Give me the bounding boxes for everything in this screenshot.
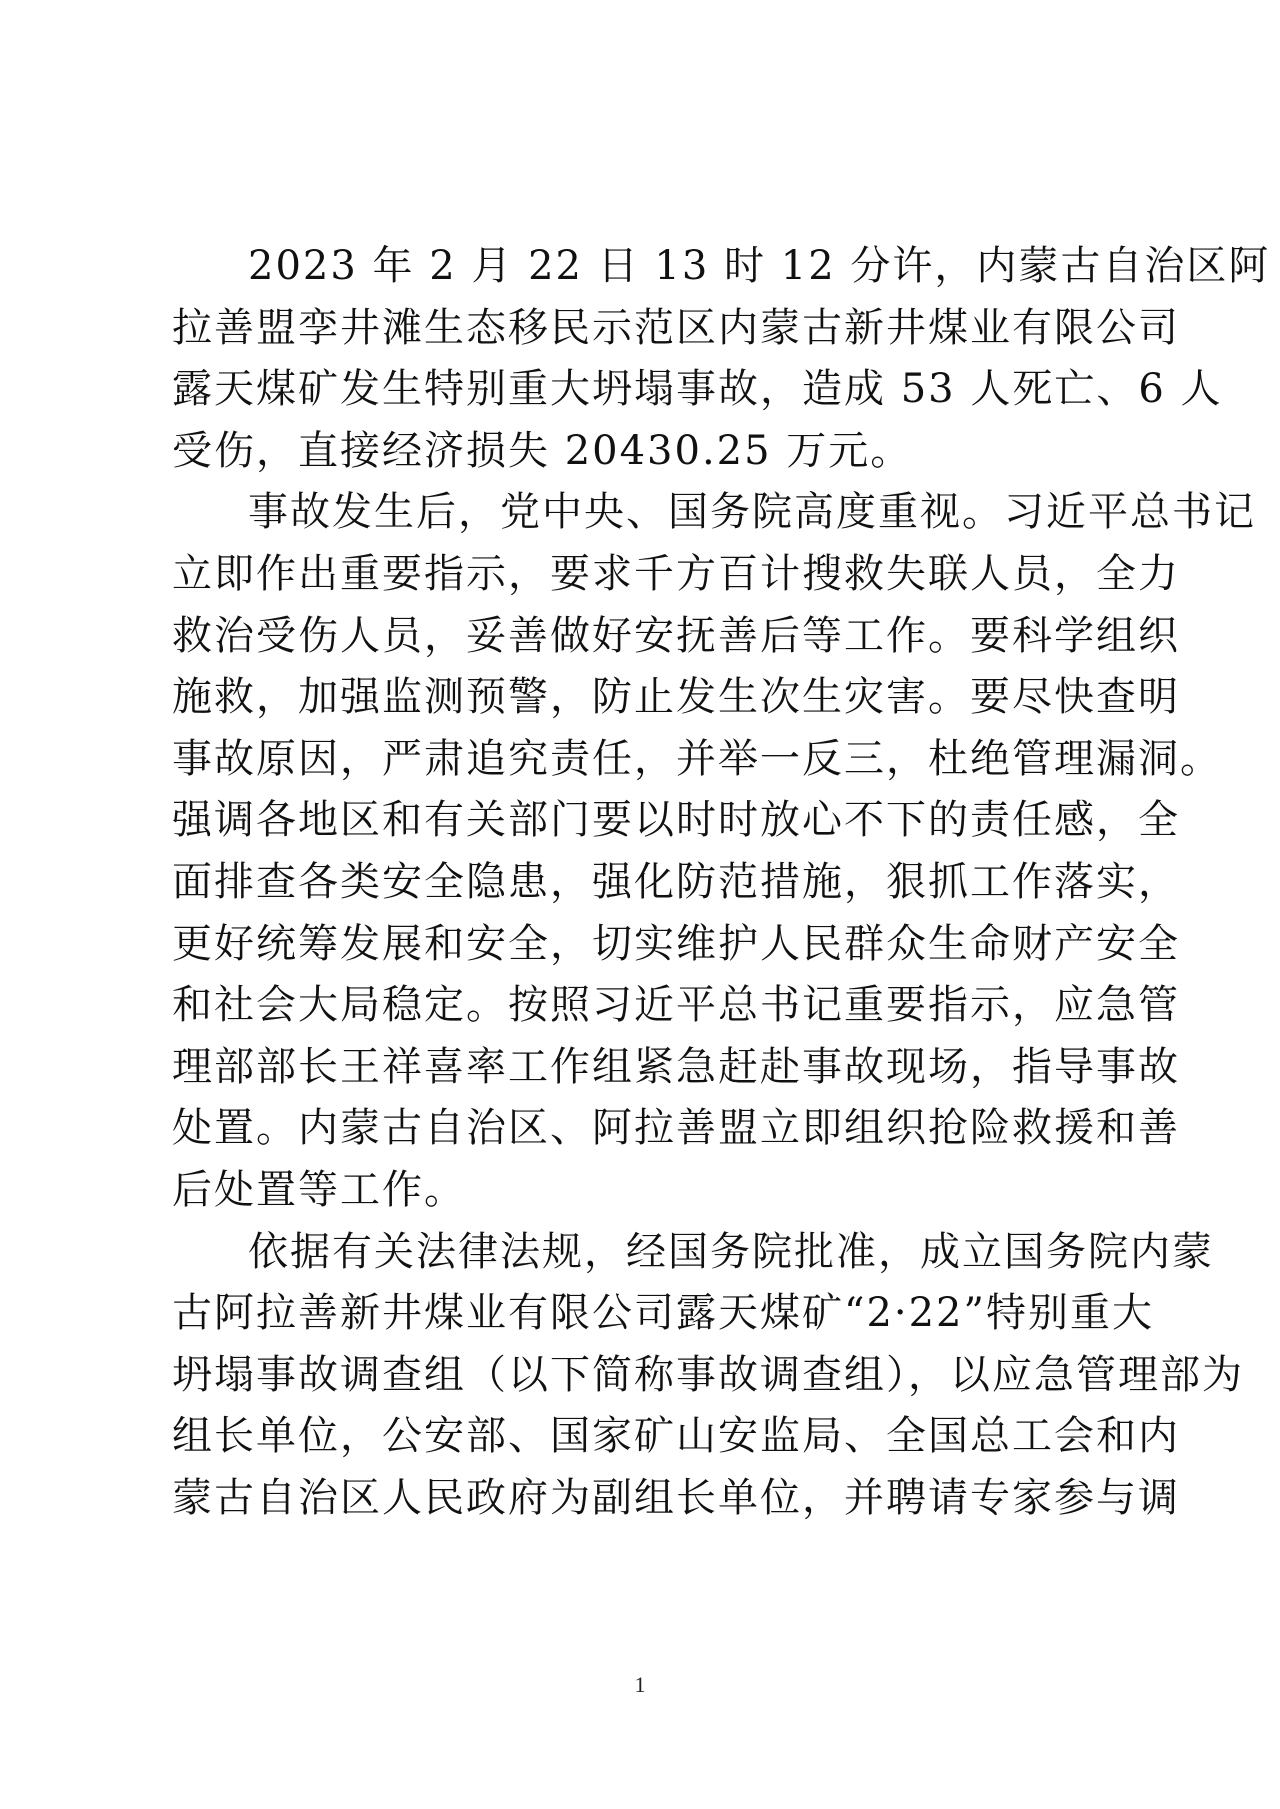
paragraph-1-line-2: 拉善盟孪井滩生态移民示范区内蒙古新井煤业有限公司	[172, 298, 1120, 360]
paragraph-1-line-4: 受伤，直接经济损失 20430.25 万元。	[172, 421, 1120, 483]
paragraph-2-line-3: 救治受伤人员，妥善做好安抚善后等工作。要科学组织	[172, 606, 1120, 668]
paragraph-3-line-2: 古阿拉善新井煤业有限公司露天煤矿“2·22”特别重大	[172, 1283, 1120, 1345]
paragraph-2-line-8: 更好统筹发展和安全，切实维护人民群众生命财产安全	[172, 914, 1120, 976]
document-page: 2023 年 2 月 22 日 13 时 12 分许，内蒙古自治区阿 拉善盟孪井…	[0, 0, 1280, 1809]
paragraph-2-line-11: 处置。内蒙古自治区、阿拉善盟立即组织抢险救援和善	[172, 1098, 1120, 1160]
paragraph-2-line-4: 施救，加强监测预警，防止发生次生灾害。要尽快查明	[172, 667, 1120, 729]
paragraph-1-line-3: 露天煤矿发生特别重大坍塌事故，造成 53 人死亡、6 人	[172, 359, 1120, 421]
paragraph-3-line-5: 蒙古自治区人民政府为副组长单位，并聘请专家参与调	[172, 1468, 1120, 1530]
paragraph-1-line-1: 2023 年 2 月 22 日 13 时 12 分许，内蒙古自治区阿	[172, 236, 1120, 298]
page-number: 1	[0, 1672, 1280, 1698]
paragraph-3-line-1: 依据有关法律法规，经国务院批准，成立国务院内蒙	[172, 1222, 1120, 1284]
paragraph-2-line-12: 后处置等工作。	[172, 1160, 1120, 1222]
paragraph-2-line-9: 和社会大局稳定。按照习近平总书记重要指示，应急管	[172, 975, 1120, 1037]
paragraph-3-line-4: 组长单位，公安部、国家矿山安监局、全国总工会和内	[172, 1406, 1120, 1468]
paragraph-3-line-3: 坍塌事故调查组（以下简称事故调查组），以应急管理部为	[172, 1345, 1120, 1407]
paragraph-2-line-1: 事故发生后，党中央、国务院高度重视。习近平总书记	[172, 482, 1120, 544]
paragraph-2-line-10: 理部部长王祥喜率工作组紧急赶赴事故现场，指导事故	[172, 1037, 1120, 1099]
paragraph-2-line-5: 事故原因，严肃追究责任，并举一反三，杜绝管理漏洞。	[172, 729, 1120, 791]
paragraph-2-line-2: 立即作出重要指示，要求千方百计搜救失联人员，全力	[172, 544, 1120, 606]
document-body: 2023 年 2 月 22 日 13 时 12 分许，内蒙古自治区阿 拉善盟孪井…	[172, 236, 1120, 1529]
paragraph-2-line-7: 面排查各类安全隐患，强化防范措施，狠抓工作落实，	[172, 852, 1120, 914]
paragraph-2-line-6: 强调各地区和有关部门要以时时放心不下的责任感，全	[172, 790, 1120, 852]
